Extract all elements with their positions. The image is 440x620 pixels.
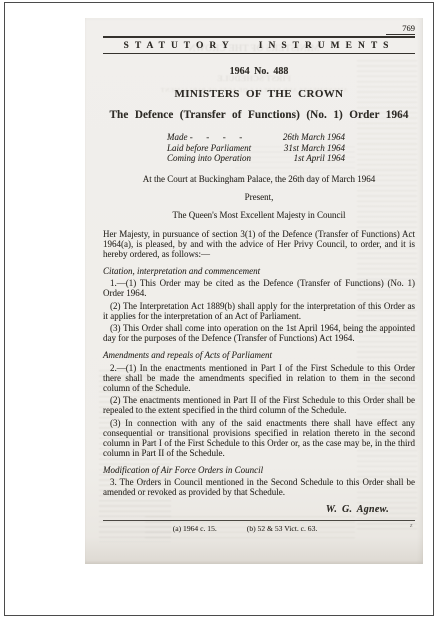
footnote-rule bbox=[103, 520, 415, 521]
page-number: 769 bbox=[103, 18, 415, 33]
document-content: 769 STATUTORY INSTRUMENTS 1964 No. 488 M… bbox=[103, 18, 415, 534]
paragraph: 1.—(1) This Order may be cited as the De… bbox=[103, 278, 415, 298]
dates-row-laid: Laid before Parliament 31st March 1964 bbox=[167, 143, 345, 154]
series-title: STATUTORY INSTRUMENTS bbox=[103, 41, 415, 51]
signature: W. G. Agnew. bbox=[103, 505, 415, 515]
document-title: The Defence (Transfer of Functions) (No.… bbox=[103, 110, 415, 120]
footnote-a: (a) 1964 c. 15. bbox=[173, 524, 217, 534]
operation-date: 1st April 1964 bbox=[294, 153, 345, 164]
header-rule-top bbox=[103, 36, 415, 38]
scanned-document-page: MINISTERS OF THE CROWN FIRST SCHEDULE AM… bbox=[85, 18, 423, 564]
category-heading: MINISTERS OF THE CROWN bbox=[103, 89, 415, 99]
paragraph: (2) The enactments mentioned in Part II … bbox=[103, 395, 415, 415]
laid-label: Laid before Parliament bbox=[167, 143, 251, 154]
made-date: 26th March 1964 bbox=[283, 132, 345, 143]
stray-ink-mark: z bbox=[410, 522, 413, 529]
section-heading-citation: Citation, interpretation and commencemen… bbox=[103, 266, 415, 276]
footnotes: (a) 1964 c. 15. (b) 52 & 53 Vict. c. 63. bbox=[89, 524, 401, 534]
paragraph: (3) This Order shall come into operation… bbox=[103, 323, 415, 343]
section-heading-air-force: Modification of Air Force Orders in Coun… bbox=[103, 465, 415, 475]
paragraph: (2) The Interpretation Act 1889(b) shall… bbox=[103, 301, 415, 321]
made-label: Made - - - - bbox=[167, 132, 242, 143]
dates-row-made: Made - - - - 26th March 1964 bbox=[167, 132, 345, 143]
paragraph: 3. The Orders in Council mentioned in th… bbox=[103, 477, 415, 497]
laid-date: 31st March 1964 bbox=[284, 143, 345, 154]
header-rule-bottom bbox=[103, 53, 415, 54]
footnote-b: (b) 52 & 53 Vict. c. 63. bbox=[247, 524, 317, 534]
paragraph: 2.—(1) In the enactments mentioned in Pa… bbox=[103, 363, 415, 393]
dates-row-operation: Coming into Operation 1st April 1964 bbox=[167, 153, 345, 164]
present-line: Present, bbox=[103, 192, 415, 202]
operation-label: Coming into Operation bbox=[167, 153, 251, 164]
section-heading-amendments: Amendments and repeals of Acts of Parlia… bbox=[103, 350, 415, 360]
enacting-paragraph: Her Majesty, in pursuance of section 3(1… bbox=[103, 229, 415, 259]
dates-table: Made - - - - 26th March 1964 Laid before… bbox=[167, 132, 345, 164]
court-line: At the Court at Buckingham Palace, the 2… bbox=[103, 174, 415, 184]
instrument-number: 1964 No. 488 bbox=[103, 67, 415, 77]
majesty-line: The Queen's Most Excellent Majesty in Co… bbox=[103, 210, 415, 220]
paragraph: (3) In connection with any of the said e… bbox=[103, 418, 415, 458]
